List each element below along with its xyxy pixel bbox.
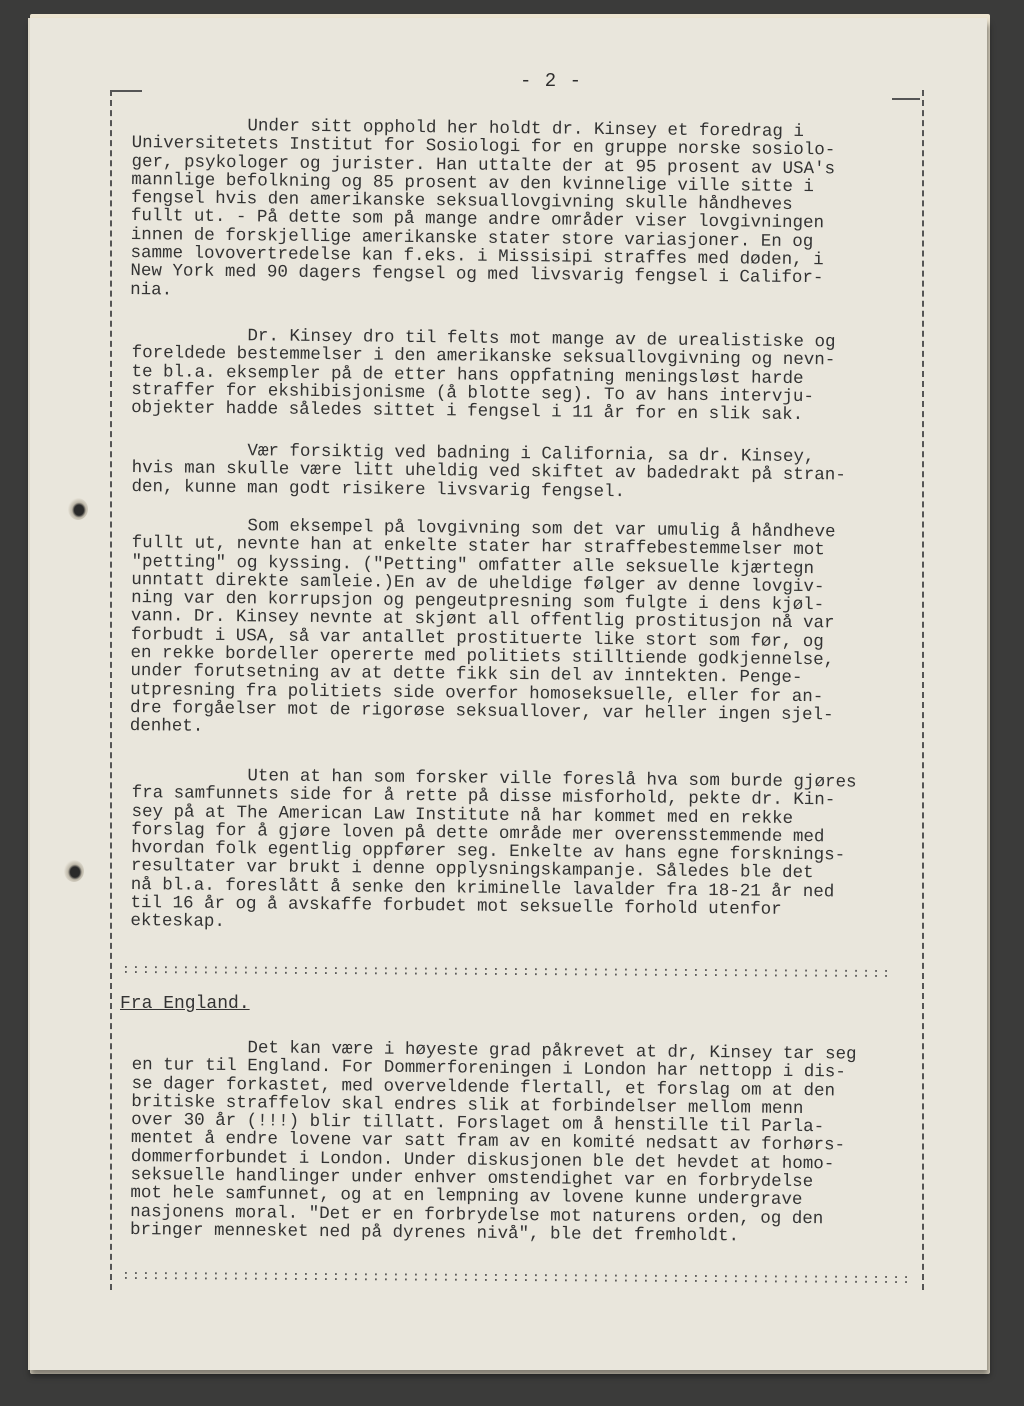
paragraph-law-institute: Uten at han som forsker ville foreslå hv… [130, 766, 912, 939]
frame-corner-mark-left [110, 90, 142, 92]
frame-corner-mark-right [892, 98, 920, 100]
punch-hole-upper [68, 498, 88, 520]
section-heading-england: Fra England. [120, 994, 250, 1014]
paragraph-california-bathing: Vær forsiktig ved badning i California, … [131, 441, 912, 504]
paragraph-petting-laws: Som eksempel på lovgivning som det var u… [130, 516, 912, 744]
paragraph-kinsey-lecture: Under sitt opphold her holdt dr. Kinsey … [130, 116, 912, 307]
punch-hole-lower [64, 860, 84, 882]
paragraph-outdated-laws: Dr. Kinsey dro til felts mot mange av de… [131, 326, 912, 426]
page-number: - 2 - [520, 70, 582, 92]
paragraph-england: Det kan være i høyeste grad påkrevet at … [130, 1038, 912, 1247]
document-page: - 2 - Under sitt opphold her holdt dr. K… [28, 18, 987, 1370]
